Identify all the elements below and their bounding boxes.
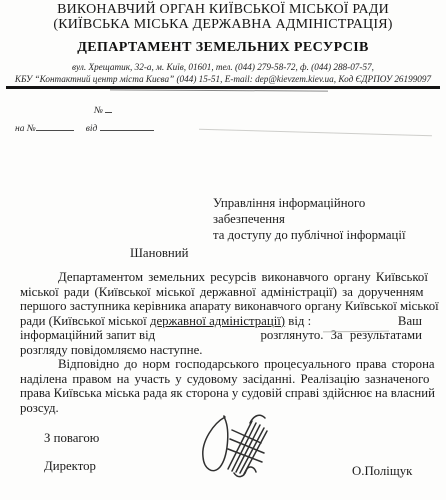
recipient-line2: та доступу до публічної інформації: [213, 228, 433, 244]
scanned-letter-page: ВИКОНАВЧИЙ ОРГАН КИЇВСЬКОЇ МІСЬКОЇ РАДИ …: [0, 0, 446, 500]
date-blank: [100, 122, 154, 131]
department-name: ДЕПАРТАМЕНТ ЗЕМЕЛЬНИХ РЕСУРСІВ: [0, 40, 446, 56]
p1l5-start: інформаційний запит від: [20, 328, 155, 343]
p1l4-end: Ваш: [398, 314, 422, 329]
letterhead-divider: [6, 86, 440, 89]
paragraph2-line3: права Київська міська рада як сторона у …: [20, 386, 422, 401]
date-label: від: [86, 124, 98, 134]
paragraph1-line2: міської ради (Київської міської державно…: [20, 285, 422, 300]
org-name-line1: ВИКОНАВЧИЙ ОРГАН КИЇВСЬКОЇ МІСЬКОЇ РАДИ: [0, 2, 446, 18]
p1l4-start: ради (Київської міської: [20, 314, 147, 329]
address-line1: вул. Хрещатик, 32-а, м. Київ, 01601, тел…: [0, 62, 446, 72]
paragraph1-line3: першого заступника керівника апарату вик…: [20, 299, 422, 314]
p1l4-underlined: державної адміністрації): [150, 314, 285, 329]
paragraph2-line1: Відповідно до норм господарського процес…: [20, 357, 422, 372]
salutation: Шановний: [130, 246, 188, 261]
reply-reference-line: на №від: [15, 122, 154, 134]
address-line2: КБУ “Контактний центр міста Києва” (044)…: [0, 74, 446, 84]
paragraph1-line4: ради (Київської міської державної адміні…: [20, 314, 422, 329]
scan-fold-artifact: [199, 129, 432, 137]
signer-title: Директор: [44, 459, 96, 474]
outgoing-number-line: №: [94, 104, 112, 116]
recipient-block: Управління інформаційного забезпечення т…: [213, 196, 433, 243]
closing-regards: З повагою: [44, 431, 99, 446]
letterhead-divider-shadow: [110, 89, 328, 91]
paragraph2-line2: наділена правом на участь у судовому зас…: [20, 372, 422, 387]
signer-name: О.Поліщук: [352, 464, 412, 479]
reply-number-blank: [36, 122, 74, 131]
recipient-line1: Управління інформаційного забезпечення: [213, 196, 433, 228]
p1l4-mid: від :: [288, 314, 311, 329]
letter-body: Департаментом земельних ресурсів виконав…: [20, 270, 422, 415]
handwritten-signature: [192, 411, 290, 483]
number-blank: [105, 104, 112, 113]
reply-label: на №: [15, 124, 36, 134]
paragraph1-line1: Департаментом земельних ресурсів виконав…: [20, 270, 422, 285]
paragraph1-line6: розгляду повідомляємо наступне.: [20, 343, 422, 358]
org-name-line2: (КИЇВСЬКА МІСЬКА ДЕРЖАВНА АДМІНІСТРАЦІЯ): [0, 17, 446, 33]
number-label: №: [94, 106, 103, 116]
